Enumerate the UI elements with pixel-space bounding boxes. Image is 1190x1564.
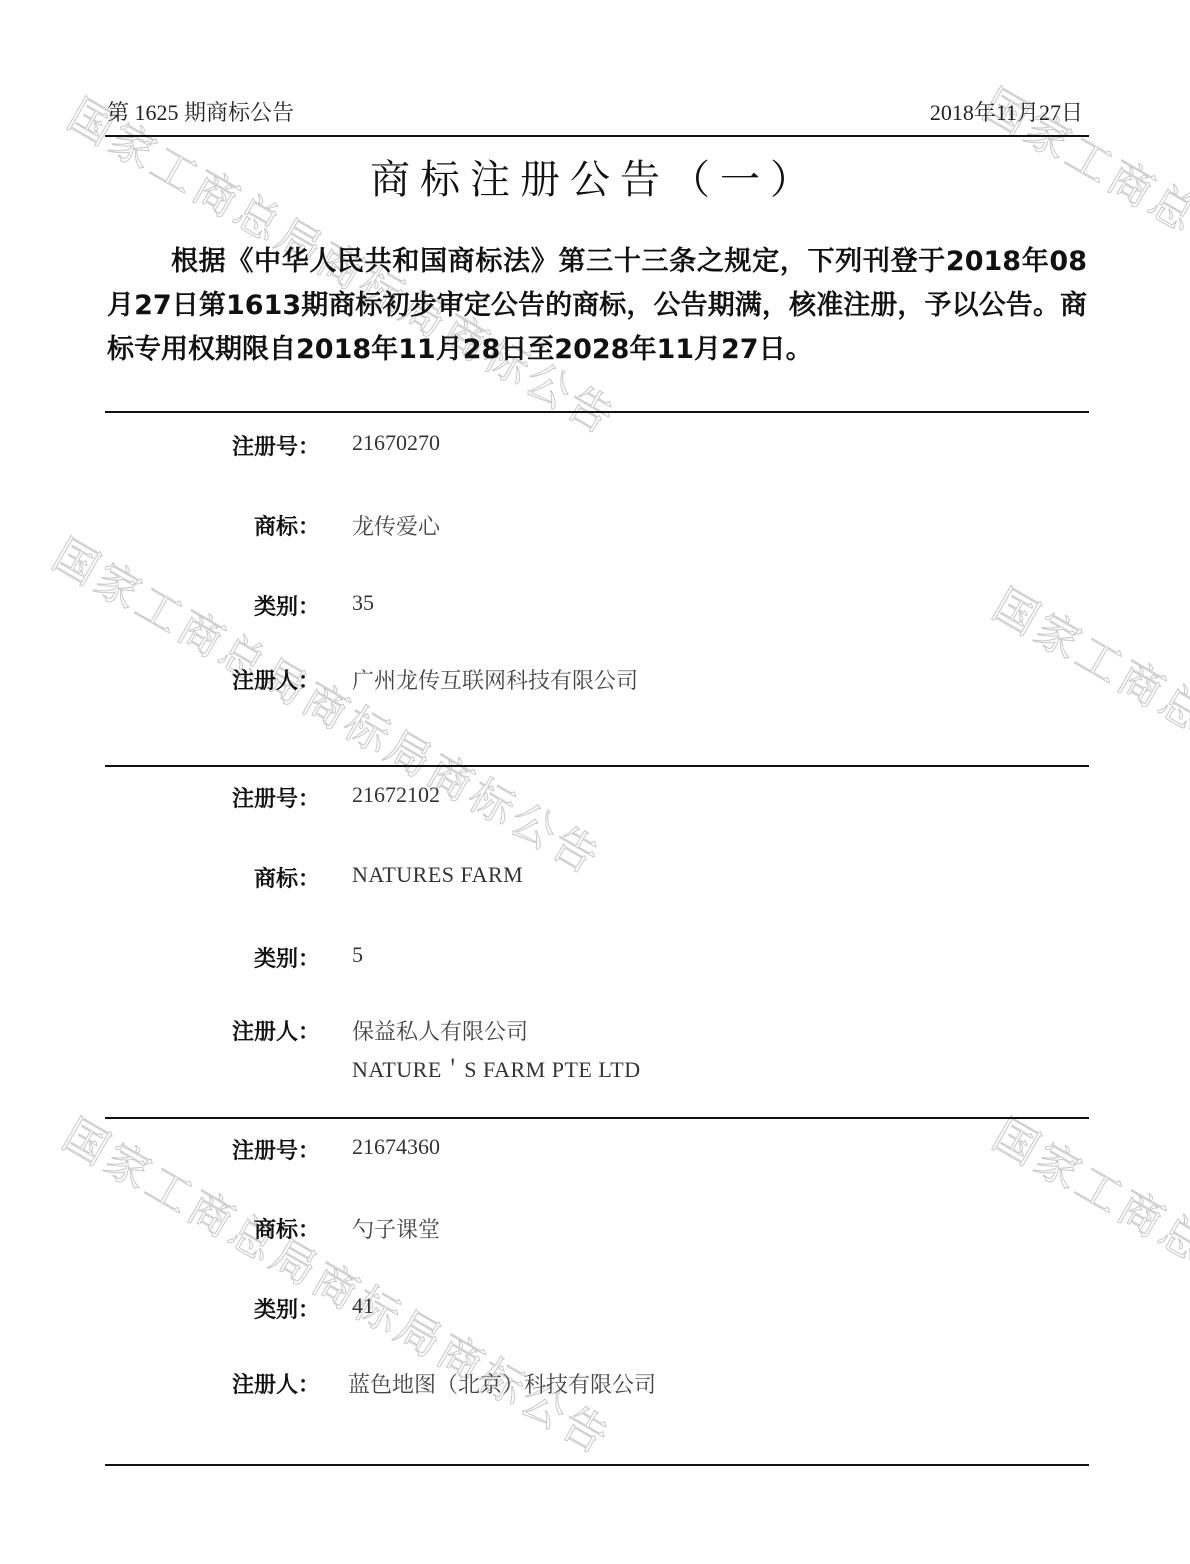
class-value: 35 (352, 590, 374, 616)
section-divider (105, 411, 1089, 413)
reg-no-value: 21672102 (352, 782, 440, 808)
class-value: 41 (352, 1293, 374, 1319)
intro-paragraph: 根据《中华人民共和国商标法》第三十三条之规定，下列刊登于2018年08月27日第… (107, 240, 1087, 372)
section-divider (105, 1464, 1089, 1466)
class-label: 类别： (254, 1293, 320, 1324)
mark-label: 商标： (254, 862, 320, 893)
class-label: 类别： (254, 942, 320, 973)
reg-no-value: 21670270 (352, 430, 440, 456)
registrant-label: 注册人： (232, 664, 320, 695)
watermark: 国家工商总局商标局商标公告 (53, 1100, 625, 1467)
mark-label: 商标： (254, 510, 320, 541)
mark-value: 龙传爱心 (352, 510, 440, 541)
registrant-label: 注册人： (232, 1368, 320, 1399)
class-label: 类别： (254, 590, 320, 621)
issue-date: 2018年11月27日 (930, 96, 1083, 127)
watermark: 国家工商总 (983, 570, 1190, 745)
registrant-value: 保益私人有限公司 (352, 1015, 528, 1046)
registrant-value: 广州龙传互联网科技有限公司 (352, 664, 638, 695)
watermark: 国家工商总局商标局商标公告 (43, 520, 615, 887)
mark-value: NATURES FARM (352, 862, 523, 888)
registrant-value-english: NATURE＇S FARM PTE LTD (352, 1053, 641, 1084)
reg-no-label: 注册号： (232, 782, 320, 813)
document-page: 国家工商总局商标局商标公告 国家工商总局商标局商标公告 国家工商总局商标局商标公… (0, 0, 1190, 1564)
reg-no-label: 注册号： (232, 1134, 320, 1165)
header-rule (105, 135, 1089, 137)
section-divider (105, 1117, 1089, 1119)
mark-label: 商标： (254, 1213, 320, 1244)
issue-number: 第 1625 期商标公告 (107, 96, 294, 127)
mark-value: 勺子课堂 (352, 1213, 440, 1244)
page-title: 商标注册公告（一） (0, 148, 1190, 205)
class-value: 5 (352, 942, 363, 968)
registrant-label: 注册人： (232, 1015, 320, 1046)
reg-no-label: 注册号： (232, 430, 320, 461)
watermark: 国家工商总 (983, 1100, 1190, 1275)
reg-no-value: 21674360 (352, 1134, 440, 1160)
registrant-value: 蓝色地图（北京）科技有限公司 (348, 1368, 656, 1399)
section-divider (105, 765, 1089, 767)
